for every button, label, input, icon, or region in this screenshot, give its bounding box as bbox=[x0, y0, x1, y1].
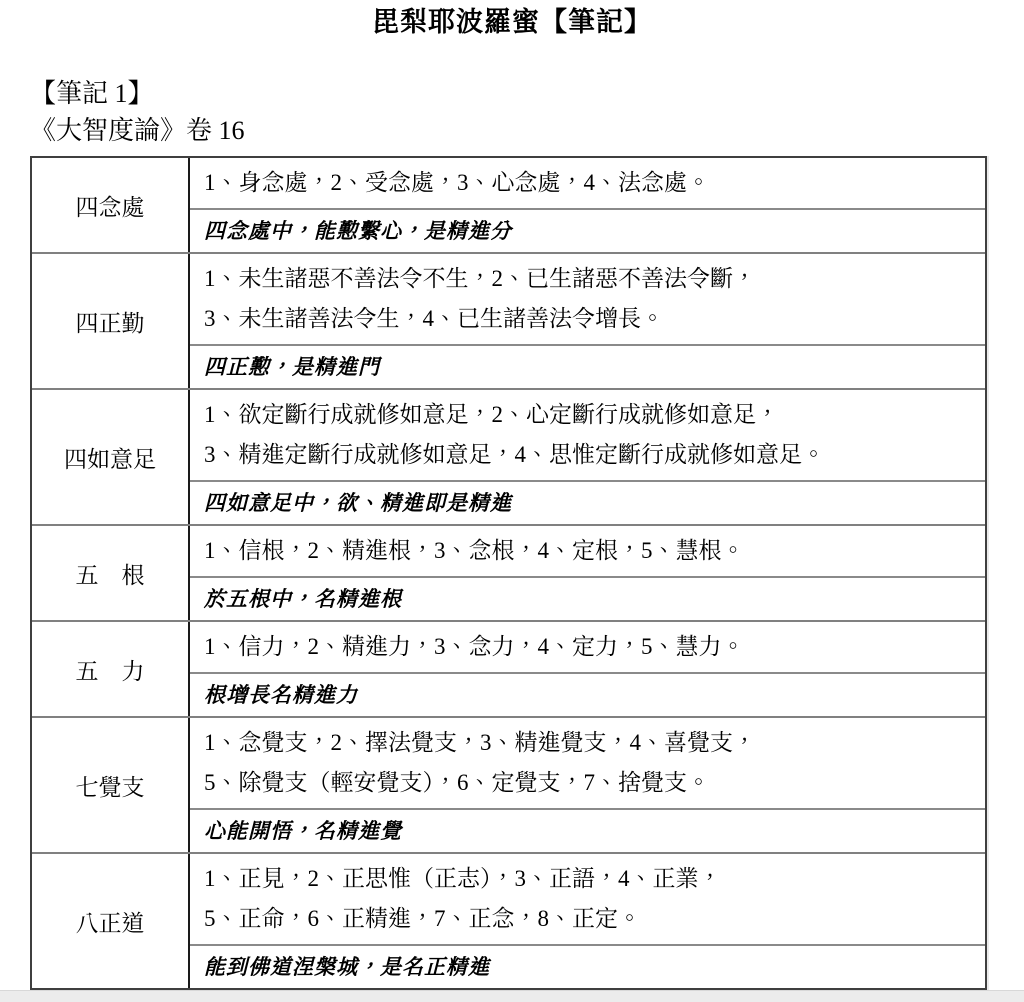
row-items: 1、身念處，2、受念處，3、心念處，4、法念處。 bbox=[190, 158, 985, 210]
table-row-wuli: 五 力 1、信力，2、精進力，3、念力，4、定力，5、慧力。 根增長名精進力 bbox=[32, 622, 985, 718]
row-note: 四正懃，是精進門 bbox=[190, 346, 985, 388]
page-gap-strip bbox=[0, 990, 1024, 1002]
row-content: 1、念覺支，2、擇法覺支，3、精進覺支，4、喜覺支， 5、除覺支（輕安覺支），6… bbox=[190, 718, 985, 852]
table-row-siruyizu: 四如意足 1、欲定斷行成就修如意足，2、心定斷行成就修如意足， 3、精進定斷行成… bbox=[32, 390, 985, 526]
row-items: 1、欲定斷行成就修如意足，2、心定斷行成就修如意足， 3、精進定斷行成就修如意足… bbox=[190, 390, 985, 482]
row-label: 四如意足 bbox=[32, 390, 190, 524]
page-title: 毘梨耶波羅蜜【筆記】 bbox=[0, 6, 1024, 38]
row-content: 1、身念處，2、受念處，3、心念處，4、法念處。 四念處中，能懃繫心，是精進分 bbox=[190, 158, 985, 252]
row-note: 四如意足中，欲、精進即是精進 bbox=[190, 482, 985, 524]
row-content: 1、信力，2、精進力，3、念力，4、定力，5、慧力。 根增長名精進力 bbox=[190, 622, 985, 716]
row-items: 1、念覺支，2、擇法覺支，3、精進覺支，4、喜覺支， 5、除覺支（輕安覺支），6… bbox=[190, 718, 985, 810]
row-content: 1、信根，2、精進根，3、念根，4、定根，5、慧根。 於五根中，名精進根 bbox=[190, 526, 985, 620]
row-note: 能到佛道涅槃城，是名正精進 bbox=[190, 946, 985, 988]
table-row-sinianchu: 四念處 1、身念處，2、受念處，3、心念處，4、法念處。 四念處中，能懃繫心，是… bbox=[32, 158, 985, 254]
row-items: 1、信根，2、精進根，3、念根，4、定根，5、慧根。 bbox=[190, 526, 985, 578]
source-reference: 《大智度論》卷 16 bbox=[30, 114, 1024, 148]
row-note: 四念處中，能懃繫心，是精進分 bbox=[190, 210, 985, 252]
row-label: 四念處 bbox=[32, 158, 190, 252]
row-note: 心能開悟，名精進覺 bbox=[190, 810, 985, 852]
row-content: 1、未生諸惡不善法令不生，2、已生諸惡不善法令斷， 3、未生諸善法令生，4、已生… bbox=[190, 254, 985, 388]
table-row-wugen: 五 根 1、信根，2、精進根，3、念根，4、定根，5、慧根。 於五根中，名精進根 bbox=[32, 526, 985, 622]
row-label: 八正道 bbox=[32, 854, 190, 988]
row-label: 五 根 bbox=[32, 526, 190, 620]
notes-table: 四念處 1、身念處，2、受念處，3、心念處，4、法念處。 四念處中，能懃繫心，是… bbox=[30, 156, 987, 990]
table-row-bazhengdao: 八正道 1、正見，2、正思惟（正志），3、正語，4、正業， 5、正命，6、正精進… bbox=[32, 854, 985, 988]
row-note: 於五根中，名精進根 bbox=[190, 578, 985, 620]
section-heading: 【筆記 1】 bbox=[30, 78, 1024, 110]
row-content: 1、欲定斷行成就修如意足，2、心定斷行成就修如意足， 3、精進定斷行成就修如意足… bbox=[190, 390, 985, 524]
row-label: 四正勤 bbox=[32, 254, 190, 388]
row-label: 五 力 bbox=[32, 622, 190, 716]
row-items: 1、信力，2、精進力，3、念力，4、定力，5、慧力。 bbox=[190, 622, 985, 674]
table-row-sizhengqin: 四正勤 1、未生諸惡不善法令不生，2、已生諸惡不善法令斷， 3、未生諸善法令生，… bbox=[32, 254, 985, 390]
row-items: 1、未生諸惡不善法令不生，2、已生諸惡不善法令斷， 3、未生諸善法令生，4、已生… bbox=[190, 254, 985, 346]
row-label: 七覺支 bbox=[32, 718, 190, 852]
table-row-qijuezhi: 七覺支 1、念覺支，2、擇法覺支，3、精進覺支，4、喜覺支， 5、除覺支（輕安覺… bbox=[32, 718, 985, 854]
row-items: 1、正見，2、正思惟（正志），3、正語，4、正業， 5、正命，6、正精進，7、正… bbox=[190, 854, 985, 946]
row-content: 1、正見，2、正思惟（正志），3、正語，4、正業， 5、正命，6、正精進，7、正… bbox=[190, 854, 985, 988]
row-note: 根增長名精進力 bbox=[190, 674, 985, 716]
